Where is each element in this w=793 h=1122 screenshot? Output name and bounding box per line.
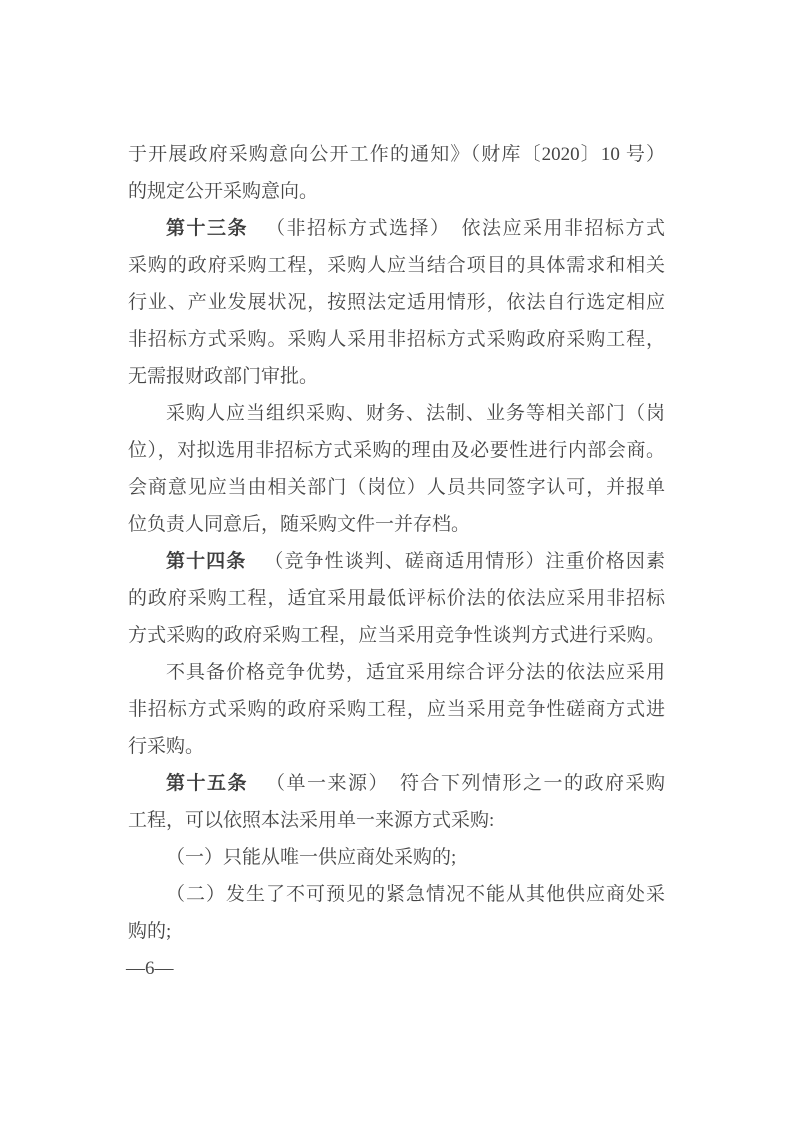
line-text: （单一来源） 符合下列情形之一的政府采购 — [266, 773, 665, 794]
text-line: 无需报财政部门审批。 — [128, 358, 665, 395]
line-text: 位负责人同意后，随采购文件一并存档。 — [128, 514, 470, 535]
line-text: 于开展政府采购意向公开工作的通知》（财库〔2020〕10 号） — [128, 144, 665, 165]
text-line: 行采购。 — [128, 728, 665, 765]
text-line: 行业、产业发展状况，按照法定适用情形，依法自行选定相应 — [128, 284, 665, 321]
line-text: 购的; — [128, 921, 171, 942]
article-number: 第十五条 — [166, 773, 248, 794]
text-line: 购的; — [128, 913, 665, 950]
text-line: 第十三条（非招标方式选择） 依法应采用非招标方式 — [128, 210, 665, 247]
line-text: 行业、产业发展状况，按照法定适用情形，依法自行选定相应 — [128, 292, 665, 313]
text-line: 工程，可以依照本法采用单一来源方式采购: — [128, 802, 665, 839]
text-line: 不具备价格竞争优势，适宜采用综合评分法的依法应采用 — [128, 654, 665, 691]
text-line: 采购人应当组织采购、财务、法制、业务等相关部门（岗 — [128, 395, 665, 432]
text-line: （一）只能从唯一供应商处采购的; — [128, 839, 665, 876]
line-text: 的规定公开采购意向。 — [128, 181, 318, 202]
line-text: （非招标方式选择） 依法应采用非招标方式 — [266, 218, 665, 239]
text-line: 的规定公开采购意向。 — [128, 173, 665, 210]
line-text: 位），对拟选用非招标方式采购的理由及必要性进行内部会商。 — [128, 440, 665, 461]
document-body: 于开展政府采购意向公开工作的通知》（财库〔2020〕10 号）的规定公开采购意向… — [128, 136, 665, 950]
line-text: （一）只能从唯一供应商处采购的; — [166, 847, 456, 868]
text-line: （二）发生了不可预见的紧急情况不能从其他供应商处采 — [128, 876, 665, 913]
page-number: —6— — [126, 950, 174, 987]
line-text: （竞争性谈判、磋商适用情形）注重价格因素 — [264, 551, 665, 572]
text-line: 方式采购的政府采购工程，应当采用竞争性谈判方式进行采购。 — [128, 617, 665, 654]
line-text: 无需报财政部门审批。 — [128, 366, 318, 387]
text-line: 会商意见应当由相关部门（岗位）人员共同签字认可，并报单 — [128, 469, 665, 506]
text-line: 于开展政府采购意向公开工作的通知》（财库〔2020〕10 号） — [128, 136, 665, 173]
line-text: （二）发生了不可预见的紧急情况不能从其他供应商处采 — [166, 884, 665, 905]
line-text: 非招标方式采购。采购人采用非招标方式采购政府采购工程， — [128, 329, 665, 350]
text-line: 第十四条（竞争性谈判、磋商适用情形）注重价格因素 — [128, 543, 665, 580]
text-line: 第十五条（单一来源） 符合下列情形之一的政府采购 — [128, 765, 665, 802]
line-text: 采购的政府采购工程，采购人应当结合项目的具体需求和相关 — [128, 255, 665, 276]
text-line: 非招标方式采购的政府采购工程，应当采用竞争性磋商方式进 — [128, 691, 665, 728]
text-line: 非招标方式采购。采购人采用非招标方式采购政府采购工程， — [128, 321, 665, 358]
line-text: 非招标方式采购的政府采购工程，应当采用竞争性磋商方式进 — [128, 699, 665, 720]
line-text: 采购人应当组织采购、财务、法制、业务等相关部门（岗 — [166, 403, 665, 424]
line-text: 不具备价格竞争优势，适宜采用综合评分法的依法应采用 — [166, 662, 665, 683]
line-text: 会商意见应当由相关部门（岗位）人员共同签字认可，并报单 — [128, 477, 665, 498]
line-text: 行采购。 — [128, 736, 204, 757]
text-line: 位），对拟选用非招标方式采购的理由及必要性进行内部会商。 — [128, 432, 665, 469]
line-text: 的政府采购工程，适宜采用最低评标价法的依法应采用非招标 — [128, 588, 665, 609]
line-text: 方式采购的政府采购工程，应当采用竞争性谈判方式进行采购。 — [128, 625, 665, 646]
article-number: 第十四条 — [166, 551, 246, 572]
document-page: 于开展政府采购意向公开工作的通知》（财库〔2020〕10 号）的规定公开采购意向… — [0, 0, 793, 1122]
line-text: 工程，可以依照本法采用单一来源方式采购: — [128, 810, 494, 831]
text-line: 的政府采购工程，适宜采用最低评标价法的依法应采用非招标 — [128, 580, 665, 617]
text-line: 采购的政府采购工程，采购人应当结合项目的具体需求和相关 — [128, 247, 665, 284]
text-line: 位负责人同意后，随采购文件一并存档。 — [128, 506, 665, 543]
article-number: 第十三条 — [166, 218, 248, 239]
